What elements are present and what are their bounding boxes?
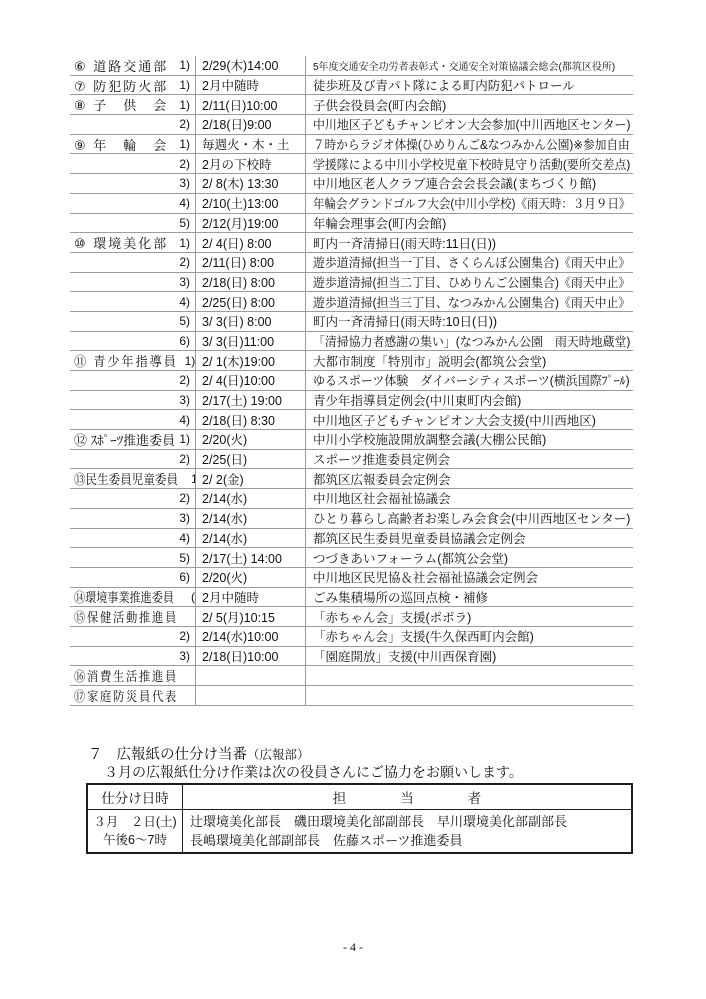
when-text: 2/20(火): [202, 430, 247, 448]
what-cell: スポーツ推進委員定例会: [305, 450, 633, 469]
org-label: ⑬民生委員児童委員: [74, 469, 178, 488]
when-cell: 2/ 4(日) 8:00: [195, 233, 305, 252]
what-text: 「赤ちゃん会」支援(ポポラ): [313, 608, 471, 626]
org-cell: ⑨ 年 輪 会1): [70, 135, 195, 154]
org-cell: 2): [70, 154, 195, 173]
schedule-row: 2)2/11(日) 8:00遊歩道清掃(担当一丁目、さくらんぼ公園集合)《雨天中…: [70, 253, 633, 273]
org-cell: 6): [70, 332, 195, 351]
when-text: 2/25(日) 8:00: [202, 293, 275, 311]
what-text: 遊歩道清掃(担当二丁目、ひめりんご公園集合)《雨天中止》: [313, 273, 630, 291]
duty-datetime-line1: ３月 ２日(土): [93, 813, 176, 831]
when-text: 2/18(日) 8:00: [202, 273, 275, 291]
org-index: 2): [179, 373, 190, 387]
when-cell: 2/11(日)10:00: [195, 95, 305, 114]
what-cell: 都筑区民生委員児童委員協議会定例会: [305, 529, 633, 548]
what-cell: 中川地区子どもチャンピオン大会支援(中川西地区): [305, 410, 633, 429]
what-text: 大都市制度「特別市」説明会(都筑公会堂): [313, 352, 546, 370]
schedule-row: 3)2/17(土) 19:00青少年指導員定例会(中川東町内会館): [70, 391, 633, 411]
org-label: ⑯消費生活推進員: [74, 666, 178, 685]
when-cell: 2/14(水): [195, 529, 305, 548]
when-cell: [195, 666, 305, 685]
org-label: ⑭環境事業推進委員: [74, 588, 174, 607]
what-text: 中川地区社会福祉協議会: [313, 489, 451, 507]
org-cell: 3): [70, 509, 195, 528]
what-text: 徒歩班及び青パト隊による町内防犯パトロール: [313, 76, 575, 94]
org-index: 2): [179, 491, 190, 505]
org-index: 3): [179, 649, 190, 663]
when-text: 2/ 8(木) 13:30: [202, 174, 278, 192]
when-text: 2月の下校時: [202, 155, 271, 173]
what-text: 年輪会グランドゴルフ大会(中川小学校)《雨天時：３月９日》: [313, 194, 630, 212]
what-cell: 「園庭開放」支援(中川西保育園): [305, 647, 633, 666]
duty-datetime-line2: 午後6～7時: [103, 831, 167, 849]
what-text: 中川小学校施設開放調整会議(大棚公民館): [313, 430, 546, 448]
org-cell: 5): [70, 548, 195, 567]
schedule-row: 2)2/14(水)10:00「赤ちゃん会」支援(牛久保西町内会館): [70, 627, 633, 647]
when-cell: 2/14(水): [195, 509, 305, 528]
what-cell: [305, 686, 633, 705]
when-text: 毎週火・木・土: [202, 135, 290, 153]
org-index: 4): [179, 295, 190, 309]
what-cell: 町内一斉清掃日(雨天時:11日(日)): [305, 233, 633, 252]
what-cell: 大都市制度「特別市」説明会(都筑公会堂): [305, 351, 633, 370]
section7-intro: ３月の広報紙仕分け作業は次の役員さんにご協力をお願いします。: [104, 762, 523, 782]
what-text: ゆるスポーツ体験 ダイバーシティスポーツ(横浜国際ﾌﾟｰﾙ): [313, 371, 630, 389]
org-cell: 2): [70, 253, 195, 272]
schedule-row: 2)2/18(日)9:00中川地区子どもチャンピオン大会参加(中川西地区センター…: [70, 115, 633, 135]
duty-persons-line2: 長嶋環境美化部副部長 佐藤スポーツ推進委員: [190, 831, 624, 850]
when-cell: 2/20(火): [195, 430, 305, 449]
org-cell: 2): [70, 450, 195, 469]
org-index: 2): [179, 117, 190, 131]
org-index: 1): [179, 432, 190, 446]
schedule-row: ⑩ 環境美化部1)2/ 4(日) 8:00町内一斉清掃日(雨天時:11日(日)): [70, 233, 633, 253]
org-cell: 4): [70, 292, 195, 311]
what-cell: ひとり暮らし高齢者お楽しみ会食会(中川西地区センター): [305, 509, 633, 528]
what-cell: 「赤ちゃん会」支援(ポポラ): [305, 607, 633, 626]
org-index: 5): [179, 216, 190, 230]
duty-header-person: 担 当 者: [183, 785, 631, 809]
org-index: 5): [179, 314, 190, 328]
when-text: 2/29(木)14:00: [202, 56, 278, 74]
what-cell: 「清掃協力者感謝の集い」(なつみかん公園 雨天時地蔵堂): [305, 332, 633, 351]
when-text: 2/14(水): [202, 509, 247, 527]
when-cell: 2/14(水)10:00: [195, 627, 305, 646]
schedule-row: 2)2/ 4(日)10:00ゆるスポーツ体験 ダイバーシティスポーツ(横浜国際ﾌ…: [70, 371, 633, 391]
schedule-row: ⑪ 青少年指導員1)2/ 1(木)19:00大都市制度「特別市」説明会(都筑公会…: [70, 351, 633, 371]
when-text: 3/ 3(日) 8:00: [202, 312, 271, 330]
what-cell: 中川小学校施設開放調整会議(大棚公民館): [305, 430, 633, 449]
when-cell: 毎週火・木・土: [195, 135, 305, 154]
when-cell: 2/12(月)19:00: [195, 214, 305, 233]
schedule-row: 2)2/25(日)スポーツ推進委員定例会: [70, 450, 633, 470]
schedule-row: 3)2/18(日) 8:00遊歩道清掃(担当二丁目、ひめりんご公園集合)《雨天中…: [70, 273, 633, 293]
what-text: 「園庭開放」支援(中川西保育園): [313, 647, 496, 665]
org-index: 6): [179, 334, 190, 348]
when-text: 2/14(水): [202, 489, 247, 507]
org-label: ⑩ 環境美化部: [74, 233, 168, 252]
what-cell: 中川地区老人クラブ連合会会長会議(まちづくり館): [305, 174, 633, 193]
schedule-row: ⑯消費生活推進員1): [70, 666, 633, 686]
when-cell: 2/29(木)14:00: [195, 56, 305, 75]
when-text: 3/ 3(日)11:00: [202, 332, 274, 350]
what-text: つづきあいフォーラム(都筑公会堂): [313, 549, 508, 567]
when-cell: 2/11(日) 8:00: [195, 253, 305, 272]
schedule-row: 4)2/14(水)都筑区民生委員児童委員協議会定例会: [70, 529, 633, 549]
newsletter-page: { "schedule": { "rows": [ {"org":"⑥ 道路交通…: [0, 0, 706, 999]
duty-datetime-cell: ３月 ２日(土) 午後6～7時: [88, 810, 183, 852]
when-cell: 2/18(日) 8:00: [195, 273, 305, 292]
org-index: 1): [185, 354, 195, 368]
what-text: 5年度交通安全功労者表彰式・交通安全対策協議会総会(都筑区役所): [313, 58, 615, 73]
what-text: ７時からラジオ体操(ひめりんご&なつみかん公園)※参加自由: [313, 135, 630, 153]
org-cell: ⑫ ｽﾎﾟｰﾂ推進委員1): [70, 430, 195, 449]
schedule-row: 3)2/ 8(木) 13:30中川地区老人クラブ連合会会長会議(まちづくり館): [70, 174, 633, 194]
what-cell: 中川地区社会福祉協議会: [305, 489, 633, 508]
what-cell: 遊歩道清掃(担当三丁目、なつみかん公園集合)《雨天中止》: [305, 292, 633, 311]
org-label: ⑫ ｽﾎﾟｰﾂ推進委員: [74, 430, 175, 449]
when-cell: 3/ 3(日)11:00: [195, 332, 305, 351]
when-text: 2/25(日): [202, 450, 247, 468]
when-cell: 2/ 4(日)10:00: [195, 371, 305, 390]
org-index: 3): [179, 511, 190, 525]
org-index: 1): [179, 98, 190, 112]
what-text: 青少年指導員定例会(中川東町内会館): [313, 391, 521, 409]
org-index: 2): [179, 157, 190, 171]
what-cell: 青少年指導員定例会(中川東町内会館): [305, 391, 633, 410]
what-text: 遊歩道清掃(担当一丁目、さくらんぼ公園集合)《雨天中止》: [313, 253, 630, 271]
when-cell: 2月中随時: [195, 588, 305, 607]
what-text: 都筑区民生委員児童委員協議会定例会: [313, 529, 526, 547]
what-cell: ごみ集積場所の巡回点検・補修: [305, 588, 633, 607]
what-text: 「清掃協力者感謝の集い」(なつみかん公園 雨天時地蔵堂): [313, 332, 630, 350]
org-cell: ⑦ 防犯防火部1): [70, 76, 195, 95]
schedule-row: 4)2/10(土)13:00年輪会グランドゴルフ大会(中川小学校)《雨天時：３月…: [70, 194, 633, 214]
what-text: ひとり暮らし高齢者お楽しみ会食会(中川西地区センター): [313, 509, 630, 527]
org-cell: ⑩ 環境美化部1): [70, 233, 195, 252]
when-text: 2/20(火): [202, 568, 247, 586]
schedule-row: 6)3/ 3(日)11:00「清掃協力者感謝の集い」(なつみかん公園 雨天時地蔵…: [70, 332, 633, 352]
when-cell: 2/18(日) 8:30: [195, 410, 305, 429]
org-cell: 4): [70, 529, 195, 548]
what-text: 子供会役員会(町内会館): [313, 96, 446, 114]
when-text: 2/11(日)10:00: [202, 96, 278, 114]
what-text: 町内一斉清掃日(雨天時:10日(日)): [313, 312, 497, 330]
org-cell: ⑥ 道路交通部1): [70, 56, 195, 75]
org-index: 4): [179, 196, 190, 210]
org-index: 6): [179, 570, 190, 584]
org-cell: 3): [70, 273, 195, 292]
what-cell: 子供会役員会(町内会館): [305, 95, 633, 114]
what-cell: 都筑区広報委員会定例会: [305, 469, 633, 488]
when-cell: 2/10(土)13:00: [195, 194, 305, 213]
schedule-row: ⑥ 道路交通部1)2/29(木)14:005年度交通安全功労者表彰式・交通安全対…: [70, 56, 633, 76]
what-cell: ゆるスポーツ体験 ダイバーシティスポーツ(横浜国際ﾌﾟｰﾙ): [305, 371, 633, 390]
when-text: 2/ 2(金): [202, 470, 244, 488]
schedule-row: 5)2/12(月)19:00年輪会理事会(町内会館): [70, 214, 633, 234]
when-cell: 2/18(日)9:00: [195, 115, 305, 134]
what-text: 中川地区民児協＆社会福祉協議会定例会: [313, 568, 538, 586]
org-cell: 3): [70, 391, 195, 410]
when-text: 2/18(日)10:00: [202, 647, 278, 665]
when-text: 2/ 4(日) 8:00: [202, 234, 271, 252]
schedule-row: ⑭環境事業推進委員(1)2月中随時ごみ集積場所の巡回点検・補修: [70, 588, 633, 608]
what-cell: 学援隊による中川小学校児童下校時見守り活動(要所交差点): [305, 154, 633, 173]
what-cell: 町内一斉清掃日(雨天時:10日(日)): [305, 312, 633, 331]
org-label: ⑰家庭防災員代表: [74, 686, 178, 705]
schedule-row: 3)2/18(日)10:00「園庭開放」支援(中川西保育園): [70, 647, 633, 667]
what-cell: 遊歩道清掃(担当二丁目、ひめりんご公園集合)《雨天中止》: [305, 273, 633, 292]
org-cell: ⑪ 青少年指導員1): [70, 351, 195, 370]
org-label: ⑥ 道路交通部: [74, 56, 168, 75]
org-index: 3): [179, 393, 190, 407]
duty-table: 仕分け日時 担 当 者 ３月 ２日(土) 午後6～7時 辻環境美化部長 磯田環境…: [86, 783, 633, 854]
what-cell: 年輪会理事会(町内会館): [305, 214, 633, 233]
org-index: 1): [179, 236, 190, 250]
schedule-rows: ⑥ 道路交通部1)2/29(木)14:005年度交通安全功労者表彰式・交通安全対…: [70, 56, 633, 706]
schedule-row: 2)2月の下校時学援隊による中川小学校児童下校時見守り活動(要所交差点): [70, 154, 633, 174]
when-text: 2月中随時: [202, 76, 259, 94]
when-text: 2/ 1(木)19:00: [202, 352, 275, 370]
org-index: 4): [179, 531, 190, 545]
schedule-row: ⑮保健活動推進員1)2/ 5(月)10:15「赤ちゃん会」支援(ポポラ): [70, 607, 633, 627]
what-text: 学援隊による中川小学校児童下校時見守り活動(要所交差点): [313, 155, 630, 173]
when-cell: 2/ 8(木) 13:30: [195, 174, 305, 193]
duty-header-datetime: 仕分け日時: [88, 785, 183, 809]
what-cell: [305, 666, 633, 685]
what-text: 中川地区子どもチャンピオン大会参加(中川西地区センター): [313, 115, 630, 133]
org-cell: 2): [70, 489, 195, 508]
what-cell: 徒歩班及び青パト隊による町内防犯パトロール: [305, 76, 633, 95]
org-cell: 5): [70, 214, 195, 233]
duty-persons-cell: 辻環境美化部長 磯田環境美化部副部長 早川環境美化部副部長 長嶋環境美化部副部長…: [183, 810, 631, 852]
when-text: 2/18(日)9:00: [202, 115, 271, 133]
org-cell: 3): [70, 647, 195, 666]
when-cell: 2月中随時: [195, 76, 305, 95]
when-text: 2/14(水)10:00: [202, 627, 278, 645]
when-cell: 2/17(土) 19:00: [195, 391, 305, 410]
when-cell: 2/ 1(木)19:00: [195, 351, 305, 370]
schedule-row: ⑫ ｽﾎﾟｰﾂ推進委員1)2/20(火)中川小学校施設開放調整会議(大棚公民館): [70, 430, 633, 450]
org-label: ⑦ 防犯防火部: [74, 76, 168, 95]
schedule-row: ⑬民生委員児童委員1)2/ 2(金)都筑区広報委員会定例会: [70, 469, 633, 489]
when-text: 2/18(日) 8:30: [202, 411, 275, 429]
org-cell: 5): [70, 312, 195, 331]
schedule-row: 5)2/17(土) 14:00つづきあいフォーラム(都筑公会堂): [70, 548, 633, 568]
when-cell: 2/18(日)10:00: [195, 647, 305, 666]
schedule-row: 2)2/14(水)中川地区社会福祉協議会: [70, 489, 633, 509]
duty-persons-line1: 辻環境美化部長 磯田環境美化部副部長 早川環境美化部副部長: [190, 812, 624, 831]
what-cell: 年輪会グランドゴルフ大会(中川小学校)《雨天時：３月９日》: [305, 194, 633, 213]
schedule-table: ⑥ 道路交通部1)2/29(木)14:005年度交通安全功労者表彰式・交通安全対…: [70, 56, 633, 706]
what-cell: 中川地区民児協＆社会福祉協議会定例会: [305, 568, 633, 587]
org-cell: 6): [70, 568, 195, 587]
org-index: 4): [179, 413, 190, 427]
what-cell: 5年度交通安全功労者表彰式・交通安全対策協議会総会(都筑区役所): [305, 56, 633, 75]
when-text: 2/11(日) 8:00: [202, 253, 274, 271]
org-cell: 4): [70, 194, 195, 213]
section7-title-suffix: （広報部）: [247, 748, 310, 762]
what-cell: 中川地区子どもチャンピオン大会参加(中川西地区センター): [305, 115, 633, 134]
org-index: 1): [179, 137, 190, 151]
org-index: 1): [179, 58, 190, 72]
when-cell: 2/14(水): [195, 489, 305, 508]
what-text: 町内一斉清掃日(雨天時:11日(日)): [313, 234, 496, 252]
schedule-row: 3)2/14(水)ひとり暮らし高齢者お楽しみ会食会(中川西地区センター): [70, 509, 633, 529]
when-text: 2月中随時: [202, 588, 259, 606]
section7-number: ７: [88, 747, 103, 763]
org-label: ⑨ 年 輪 会: [74, 135, 168, 154]
org-index: 2): [179, 255, 190, 269]
schedule-row: 6)2/20(火)中川地区民児協＆社会福祉協議会定例会: [70, 568, 633, 588]
what-text: 「赤ちゃん会」支援(牛久保西町内会館): [313, 627, 534, 645]
org-cell: ⑬民生委員児童委員1): [70, 469, 195, 488]
org-index: 3): [179, 176, 190, 190]
what-cell: 「赤ちゃん会」支援(牛久保西町内会館): [305, 627, 633, 646]
schedule-row: 4)2/25(日) 8:00遊歩道清掃(担当三丁目、なつみかん公園集合)《雨天中…: [70, 292, 633, 312]
when-text: 2/ 4(日)10:00: [202, 371, 275, 389]
when-text: 2/12(月)19:00: [202, 214, 278, 232]
when-text: 2/17(土) 14:00: [202, 549, 282, 567]
org-cell: 2): [70, 115, 195, 134]
what-text: ごみ集積場所の巡回点検・補修: [313, 588, 488, 606]
when-cell: 2/ 5(月)10:15: [195, 607, 305, 626]
org-cell: ⑮保健活動推進員1): [70, 607, 195, 626]
when-cell: 2/17(土) 14:00: [195, 548, 305, 567]
what-cell: ７時からラジオ体操(ひめりんご&なつみかん公園)※参加自由: [305, 135, 633, 154]
when-cell: 3/ 3(日) 8:00: [195, 312, 305, 331]
org-index: 3): [179, 275, 190, 289]
org-cell: ⑰家庭防災員代表1): [70, 686, 195, 705]
section7-heading: ７広報紙の仕分け当番（広報部）: [88, 743, 310, 764]
when-cell: 2/25(日): [195, 450, 305, 469]
schedule-row: ⑰家庭防災員代表1): [70, 686, 633, 706]
when-text: 2/17(土) 19:00: [202, 391, 282, 409]
schedule-row: 4)2/18(日) 8:30中川地区子どもチャンピオン大会支援(中川西地区): [70, 410, 633, 430]
org-label: ⑮保健活動推進員: [74, 607, 178, 626]
org-label: ⑪ 青少年指導員: [74, 351, 178, 370]
when-cell: [195, 686, 305, 705]
schedule-row: 5)3/ 3(日) 8:00町内一斉清掃日(雨天時:10日(日)): [70, 312, 633, 332]
what-text: 都筑区広報委員会定例会: [313, 470, 451, 488]
org-cell: ⑭環境事業推進委員(1): [70, 588, 195, 607]
org-index: 5): [179, 551, 190, 565]
what-text: 中川地区子どもチャンピオン大会支援(中川西地区): [313, 411, 596, 429]
what-text: 年輪会理事会(町内会館): [313, 214, 446, 232]
section7-title: 広報紙の仕分け当番: [117, 747, 248, 763]
schedule-row: ⑦ 防犯防火部1)2月中随時徒歩班及び青パト隊による町内防犯パトロール: [70, 76, 633, 96]
what-cell: つづきあいフォーラム(都筑公会堂): [305, 548, 633, 567]
what-text: スポーツ推進委員定例会: [313, 450, 450, 468]
what-text: 遊歩道清掃(担当三丁目、なつみかん公園集合)《雨天中止》: [313, 293, 630, 311]
what-cell: 遊歩道清掃(担当一丁目、さくらんぼ公園集合)《雨天中止》: [305, 253, 633, 272]
org-cell: ⑯消費生活推進員1): [70, 666, 195, 685]
org-cell: 2): [70, 371, 195, 390]
org-cell: 3): [70, 174, 195, 193]
org-label: ⑧ 子 供 会: [74, 95, 168, 114]
org-cell: ⑧ 子 供 会1): [70, 95, 195, 114]
when-cell: 2/25(日) 8:00: [195, 292, 305, 311]
org-index: 2): [179, 452, 190, 466]
schedule-row: ⑨ 年 輪 会1)毎週火・木・土７時からラジオ体操(ひめりんご&なつみかん公園)…: [70, 135, 633, 155]
org-cell: 4): [70, 410, 195, 429]
when-text: 2/ 5(月)10:15: [202, 608, 275, 626]
page-number: - 4 -: [0, 940, 706, 955]
when-cell: 2/20(火): [195, 568, 305, 587]
when-text: 2/10(土)13:00: [202, 194, 278, 212]
when-cell: 2/ 2(金): [195, 469, 305, 488]
what-text: 中川地区老人クラブ連合会会長会議(まちづくり館): [313, 174, 596, 192]
org-index: 2): [179, 629, 190, 643]
schedule-row: ⑧ 子 供 会1)2/11(日)10:00子供会役員会(町内会館): [70, 95, 633, 115]
org-cell: 2): [70, 627, 195, 646]
org-index: 1): [179, 78, 190, 92]
when-text: 2/14(水): [202, 529, 247, 547]
duty-header-row: 仕分け日時 担 当 者: [88, 785, 631, 810]
duty-data-row: ３月 ２日(土) 午後6～7時 辻環境美化部長 磯田環境美化部副部長 早川環境美…: [88, 810, 631, 852]
when-cell: 2月の下校時: [195, 154, 305, 173]
